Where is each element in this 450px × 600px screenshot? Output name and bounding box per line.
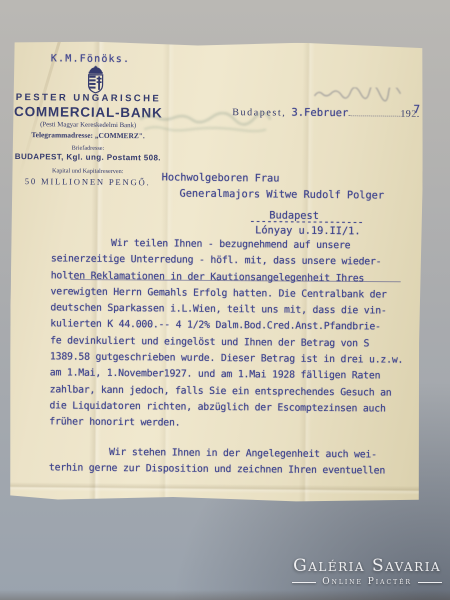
recipient-name: Generalmajors Witwe Rudolf Polger bbox=[179, 188, 384, 202]
body-line: terhin gerne zur Disposition und zeichne… bbox=[49, 463, 405, 483]
watermark-rule-right bbox=[418, 582, 442, 583]
letter-paper: K.M.Fönöks. bbox=[9, 40, 424, 504]
recipient-street: Lónyay u.19.II/1. bbox=[255, 224, 361, 237]
dateline-city: Budapest, bbox=[232, 107, 286, 119]
paper-crease-horizontal bbox=[9, 482, 420, 495]
bank-name-line1: PESTER UNGARISCHE bbox=[6, 92, 170, 105]
pencil-annotation bbox=[312, 87, 404, 102]
recipient-salutation: Hochwolgeboren Frau bbox=[162, 171, 280, 184]
bank-name-hungarian: (Pesti Magyar Kereskedelmi Bank) bbox=[6, 121, 170, 130]
dateline-dotted-rule bbox=[348, 106, 400, 116]
bank-name-line2: COMMERCIAL-BANK bbox=[6, 104, 170, 121]
gallery-watermark: Galéria Savaria Online Piactér bbox=[292, 556, 442, 587]
letter-body: Wir teilen Ihnen - bezugnehmend auf unse… bbox=[49, 237, 407, 482]
photo-of-letter: K.M.Fönöks. bbox=[0, 0, 450, 600]
watermark-title: Galéria Savaria bbox=[292, 556, 442, 576]
watermark-subtitle: Online Piactér bbox=[322, 577, 412, 587]
mail-address: BUDAPEST, Kgl. ung. Postamt 508. bbox=[6, 152, 170, 163]
dateline-year-typed-digit: 7 bbox=[413, 103, 420, 116]
department-stamp-text: K.M.Fönöks. bbox=[51, 53, 131, 65]
body-line: früher honorirt werden. bbox=[49, 417, 405, 437]
dateline-typed-date: 3.Februer bbox=[291, 107, 348, 120]
dateline: Budapest, 3.Februer 19 2 7 . bbox=[232, 102, 420, 122]
telegram-address: Telegrammadresse: „COMMERZ". bbox=[6, 130, 170, 141]
watermark-rule-left bbox=[292, 582, 316, 583]
letterhead-block: PESTER UNGARISCHE COMMERCIAL-BANK (Pesti… bbox=[6, 92, 171, 188]
dateline-year-printed: 19 bbox=[400, 109, 411, 120]
capital-label: Kapital und Kapitalreserven: bbox=[6, 167, 170, 176]
capital-value: 50 MILLIONEN PENGŐ. bbox=[6, 176, 170, 188]
